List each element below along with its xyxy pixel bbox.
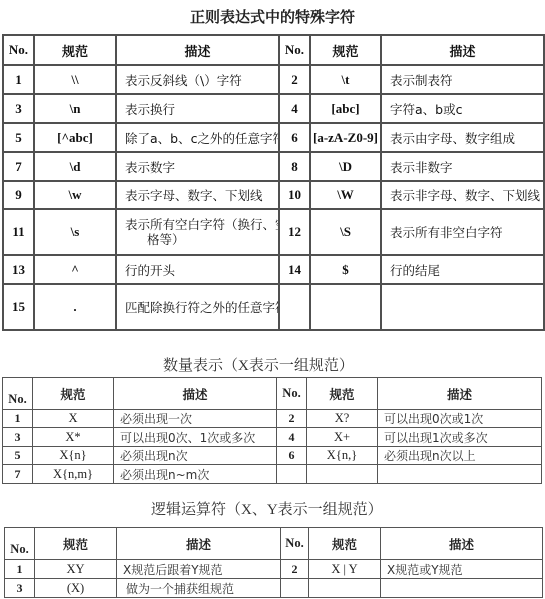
table-header-row: No. 规范 描述 No. 规范 描述 — [3, 378, 542, 410]
cell-spec: \\ — [34, 65, 116, 94]
cell-spec: X | Y — [309, 560, 381, 579]
cell-no — [279, 284, 310, 330]
cell-no: 6 — [279, 123, 310, 152]
cell-spec: [abc] — [310, 94, 381, 123]
cell-no: 15 — [3, 284, 34, 330]
cell-desc: 表示换行 — [116, 94, 279, 123]
cell-desc: 表示非数字 — [381, 152, 544, 181]
cell-desc: 可以出现0次或1次 — [378, 410, 542, 428]
cell-no — [277, 465, 307, 484]
cell-desc: X规范或Y规范 — [381, 560, 543, 579]
cell-spec — [310, 284, 381, 330]
header-no: No. — [3, 378, 33, 410]
cell-no: 11 — [3, 209, 34, 255]
cell-spec: \S — [310, 209, 381, 255]
cell-spec: X* — [33, 428, 114, 447]
table-row: 3 \n 表示换行 4 [abc] 字符a、b或c — [3, 94, 544, 123]
header-no: No. — [3, 35, 34, 65]
cell-no: 1 — [3, 65, 34, 94]
cell-spec: \D — [310, 152, 381, 181]
special-chars-title: 正则表达式中的特殊字符 — [0, 9, 545, 25]
cell-no: 8 — [279, 152, 310, 181]
cell-spec: [^abc] — [34, 123, 116, 152]
header-desc: 描述 — [378, 378, 542, 410]
cell-spec: X{n,} — [307, 447, 378, 465]
quantifiers-title: 数量表示（X表示一组规范） — [163, 358, 354, 374]
table-header-row: No. 规范 描述 No. 规范 描述 — [5, 528, 543, 560]
logic-ops-table: No. 规范 描述 No. 规范 描述 1 XY X规范后跟着Y规范 2 X |… — [4, 527, 543, 598]
cell-desc: 表示由字母、数字组成 — [381, 123, 544, 152]
cell-spec: ^ — [34, 255, 116, 284]
cell-desc: 行的开头 — [116, 255, 279, 284]
cell-spec: X{n} — [33, 447, 114, 465]
table-row: 1 X 必须出现一次 2 X? 可以出现0次或1次 — [3, 410, 542, 428]
special-chars-table: No. 规范 描述 No. 规范 描述 1 \\ 表示反斜线（\）字符 2 \t… — [2, 34, 545, 331]
header-no: No. — [279, 35, 310, 65]
quantifiers-table: No. 规范 描述 No. 规范 描述 1 X 必须出现一次 2 X? 可以出现… — [2, 377, 542, 484]
cell-desc: 表示反斜线（\）字符 — [116, 65, 279, 94]
cell-desc: 表示数字 — [116, 152, 279, 181]
cell-spec: (X) — [35, 579, 117, 598]
table-row: 1 \\ 表示反斜线（\）字符 2 \t 表示制表符 — [3, 65, 544, 94]
cell-desc-line-2: 格等） — [125, 232, 278, 247]
header-desc: 描述 — [381, 528, 543, 560]
table-row: 9 \w 表示字母、数字、下划线 10 \W 表示非字母、数字、下划线 — [3, 181, 544, 209]
header-desc: 描述 — [381, 35, 544, 65]
header-spec: 规范 — [34, 35, 116, 65]
cell-no: 14 — [279, 255, 310, 284]
cell-desc: 匹配除换行符之外的任意字符 — [116, 284, 279, 330]
table-row: 15 . 匹配除换行符之外的任意字符 — [3, 284, 544, 330]
cell-spec: \d — [34, 152, 116, 181]
cell-desc: 可以出现0次、1次或多次 — [114, 428, 277, 447]
cell-desc: 表示字母、数字、下划线 — [116, 181, 279, 209]
cell-spec: X+ — [307, 428, 378, 447]
cell-spec: X{n,m} — [33, 465, 114, 484]
cell-no: 4 — [277, 428, 307, 447]
header-spec: 规范 — [310, 35, 381, 65]
cell-desc: X规范后跟着Y规范 — [117, 560, 281, 579]
cell-desc — [381, 284, 544, 330]
cell-no: 1 — [3, 410, 33, 428]
cell-desc: 必须出现n次 — [114, 447, 277, 465]
cell-desc: 除了a、b、c之外的任意字符 — [116, 123, 279, 152]
cell-desc-line-1: 表示所有空白字符（换行、空 — [125, 217, 278, 232]
cell-desc: 做为一个捕获组规范 — [117, 579, 281, 598]
cell-desc: 必须出现n~m次 — [114, 465, 277, 484]
table-row: 7 X{n,m} 必须出现n~m次 — [3, 465, 542, 484]
cell-spec: \W — [310, 181, 381, 209]
cell-spec: \n — [34, 94, 116, 123]
cell-spec: \t — [310, 65, 381, 94]
cell-no: 1 — [5, 560, 35, 579]
cell-spec: $ — [310, 255, 381, 284]
cell-no: 2 — [279, 65, 310, 94]
cell-desc — [381, 579, 543, 598]
cell-no: 3 — [3, 428, 33, 447]
cell-spec: [a-zA-Z0-9] — [310, 123, 381, 152]
header-spec: 规范 — [307, 378, 378, 410]
cell-desc: 表示所有空白字符（换行、空 格等） — [116, 209, 279, 255]
cell-no: 4 — [279, 94, 310, 123]
header-desc: 描述 — [116, 35, 279, 65]
cell-no: 2 — [281, 560, 309, 579]
table-row: 7 \d 表示数字 8 \D 表示非数字 — [3, 152, 544, 181]
header-no: No. — [277, 378, 307, 410]
table-row: 3 (X) 做为一个捕获组规范 — [5, 579, 543, 598]
cell-desc: 表示制表符 — [381, 65, 544, 94]
table-row: 5 [^abc] 除了a、b、c之外的任意字符 6 [a-zA-Z0-9] 表示… — [3, 123, 544, 152]
cell-desc: 必须出现一次 — [114, 410, 277, 428]
cell-spec: \s — [34, 209, 116, 255]
header-spec: 规范 — [35, 528, 117, 560]
cell-no: 10 — [279, 181, 310, 209]
header-spec: 规范 — [309, 528, 381, 560]
cell-desc: 字符a、b或c — [381, 94, 544, 123]
cell-spec: XY — [35, 560, 117, 579]
cell-no: 6 — [277, 447, 307, 465]
cell-spec — [307, 465, 378, 484]
cell-no — [281, 579, 309, 598]
table-header-row: No. 规范 描述 No. 规范 描述 — [3, 35, 544, 65]
table-row: 3 X* 可以出现0次、1次或多次 4 X+ 可以出现1次或多次 — [3, 428, 542, 447]
cell-no: 12 — [279, 209, 310, 255]
cell-spec: . — [34, 284, 116, 330]
cell-no: 9 — [3, 181, 34, 209]
cell-spec: X — [33, 410, 114, 428]
cell-desc: 表示所有非空白字符 — [381, 209, 544, 255]
cell-desc — [378, 465, 542, 484]
cell-no: 7 — [3, 152, 34, 181]
cell-no: 5 — [3, 447, 33, 465]
header-no: No. — [281, 528, 309, 560]
logic-ops-title: 逻辑运算符（X、Y表示一组规范） — [151, 502, 383, 518]
table-row: 1 XY X规范后跟着Y规范 2 X | Y X规范或Y规范 — [5, 560, 543, 579]
cell-no: 3 — [5, 579, 35, 598]
cell-no: 2 — [277, 410, 307, 428]
cell-no: 7 — [3, 465, 33, 484]
header-desc: 描述 — [117, 528, 281, 560]
header-spec: 规范 — [33, 378, 114, 410]
cell-no: 5 — [3, 123, 34, 152]
cell-desc: 可以出现1次或多次 — [378, 428, 542, 447]
cell-spec: \w — [34, 181, 116, 209]
table-row: 11 \s 表示所有空白字符（换行、空 格等） 12 \S 表示所有非空白字符 — [3, 209, 544, 255]
cell-desc: 表示非字母、数字、下划线 — [381, 181, 544, 209]
header-no: No. — [5, 528, 35, 560]
cell-desc: 必须出现n次以上 — [378, 447, 542, 465]
table-row: 5 X{n} 必须出现n次 6 X{n,} 必须出现n次以上 — [3, 447, 542, 465]
cell-no: 3 — [3, 94, 34, 123]
cell-spec: X? — [307, 410, 378, 428]
cell-spec — [309, 579, 381, 598]
table-row: 13 ^ 行的开头 14 $ 行的结尾 — [3, 255, 544, 284]
header-desc: 描述 — [114, 378, 277, 410]
cell-desc: 行的结尾 — [381, 255, 544, 284]
cell-no: 13 — [3, 255, 34, 284]
